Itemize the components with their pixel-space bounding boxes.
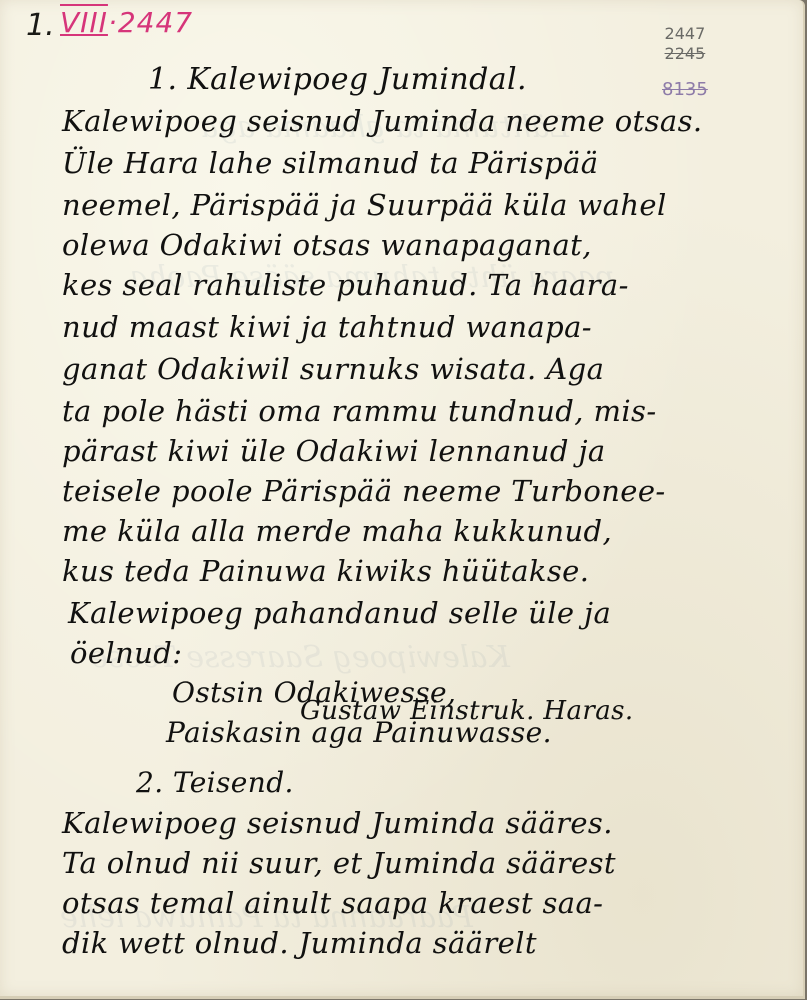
text-line: Kalewipoeg pahandanud selle üle ja [68, 596, 611, 630]
text-line: Kalewipoeg seisnud Juminda sääres. [62, 806, 613, 840]
stamp-number: 2447 [118, 6, 193, 39]
text-line: olewa Odakiwi otsas wanapaganat, [62, 228, 592, 262]
text-line: Ta olnud nii suur, et Juminda säärest [62, 846, 616, 880]
text-line: kus teda Painuwa kiwiks hüütakse. [62, 554, 589, 588]
text-line: nud maast kiwi ja tahtnud wanapa- [62, 310, 592, 344]
archive-number-struck-purple: 8135 [662, 80, 708, 100]
archive-number-current: 2447 [662, 24, 708, 44]
text-line: ganat Odakiwil surnuks wisata. Aga [62, 352, 604, 386]
signature-text: Gustaw Einstruk. Haras. [300, 696, 634, 726]
text-line: Üle Hara lahe silmanud ta Pärispää [62, 146, 598, 180]
text-line: otsas temal ainult saapa kraest saa- [62, 886, 603, 920]
folio-number: 1. [26, 8, 55, 43]
red-archive-stamp: VIII·2447 [60, 6, 193, 39]
archive-number-struck: 2245 [662, 44, 708, 64]
stamp-roman-numeral: VIII [60, 6, 108, 39]
text-line: kes seal rahuliste puhanud. Ta haara- [62, 268, 629, 302]
text-line: teisele poole Pärispää neeme Turbonee- [62, 474, 666, 508]
text-line: öelnud: [70, 636, 182, 670]
section-2-heading: 2. Teisend. [136, 766, 294, 799]
text-line: ta pole hästi oma rammu tundnud, mis- [62, 394, 657, 428]
section-1-heading: 1. Kalewipoeg Jumindal. [148, 62, 527, 97]
text-line: Kalewipoeg seisnud Juminda neeme otsas. [62, 104, 703, 138]
manuscript-page: Lähtuma ta ghaama aga paara ühte tahuma … [0, 0, 805, 999]
text-line: pärast kiwi üle Odakiwi lennanud ja [62, 434, 606, 468]
text-line: me küla alla merde maha kukkunud, [62, 514, 612, 548]
text-line: dik wett olnud. Juminda säärelt [62, 926, 537, 960]
archive-numbers: 2447 2245 8135 [662, 24, 708, 100]
text-line: neemel, Pärispää ja Suurpää küla wahel [62, 188, 667, 222]
